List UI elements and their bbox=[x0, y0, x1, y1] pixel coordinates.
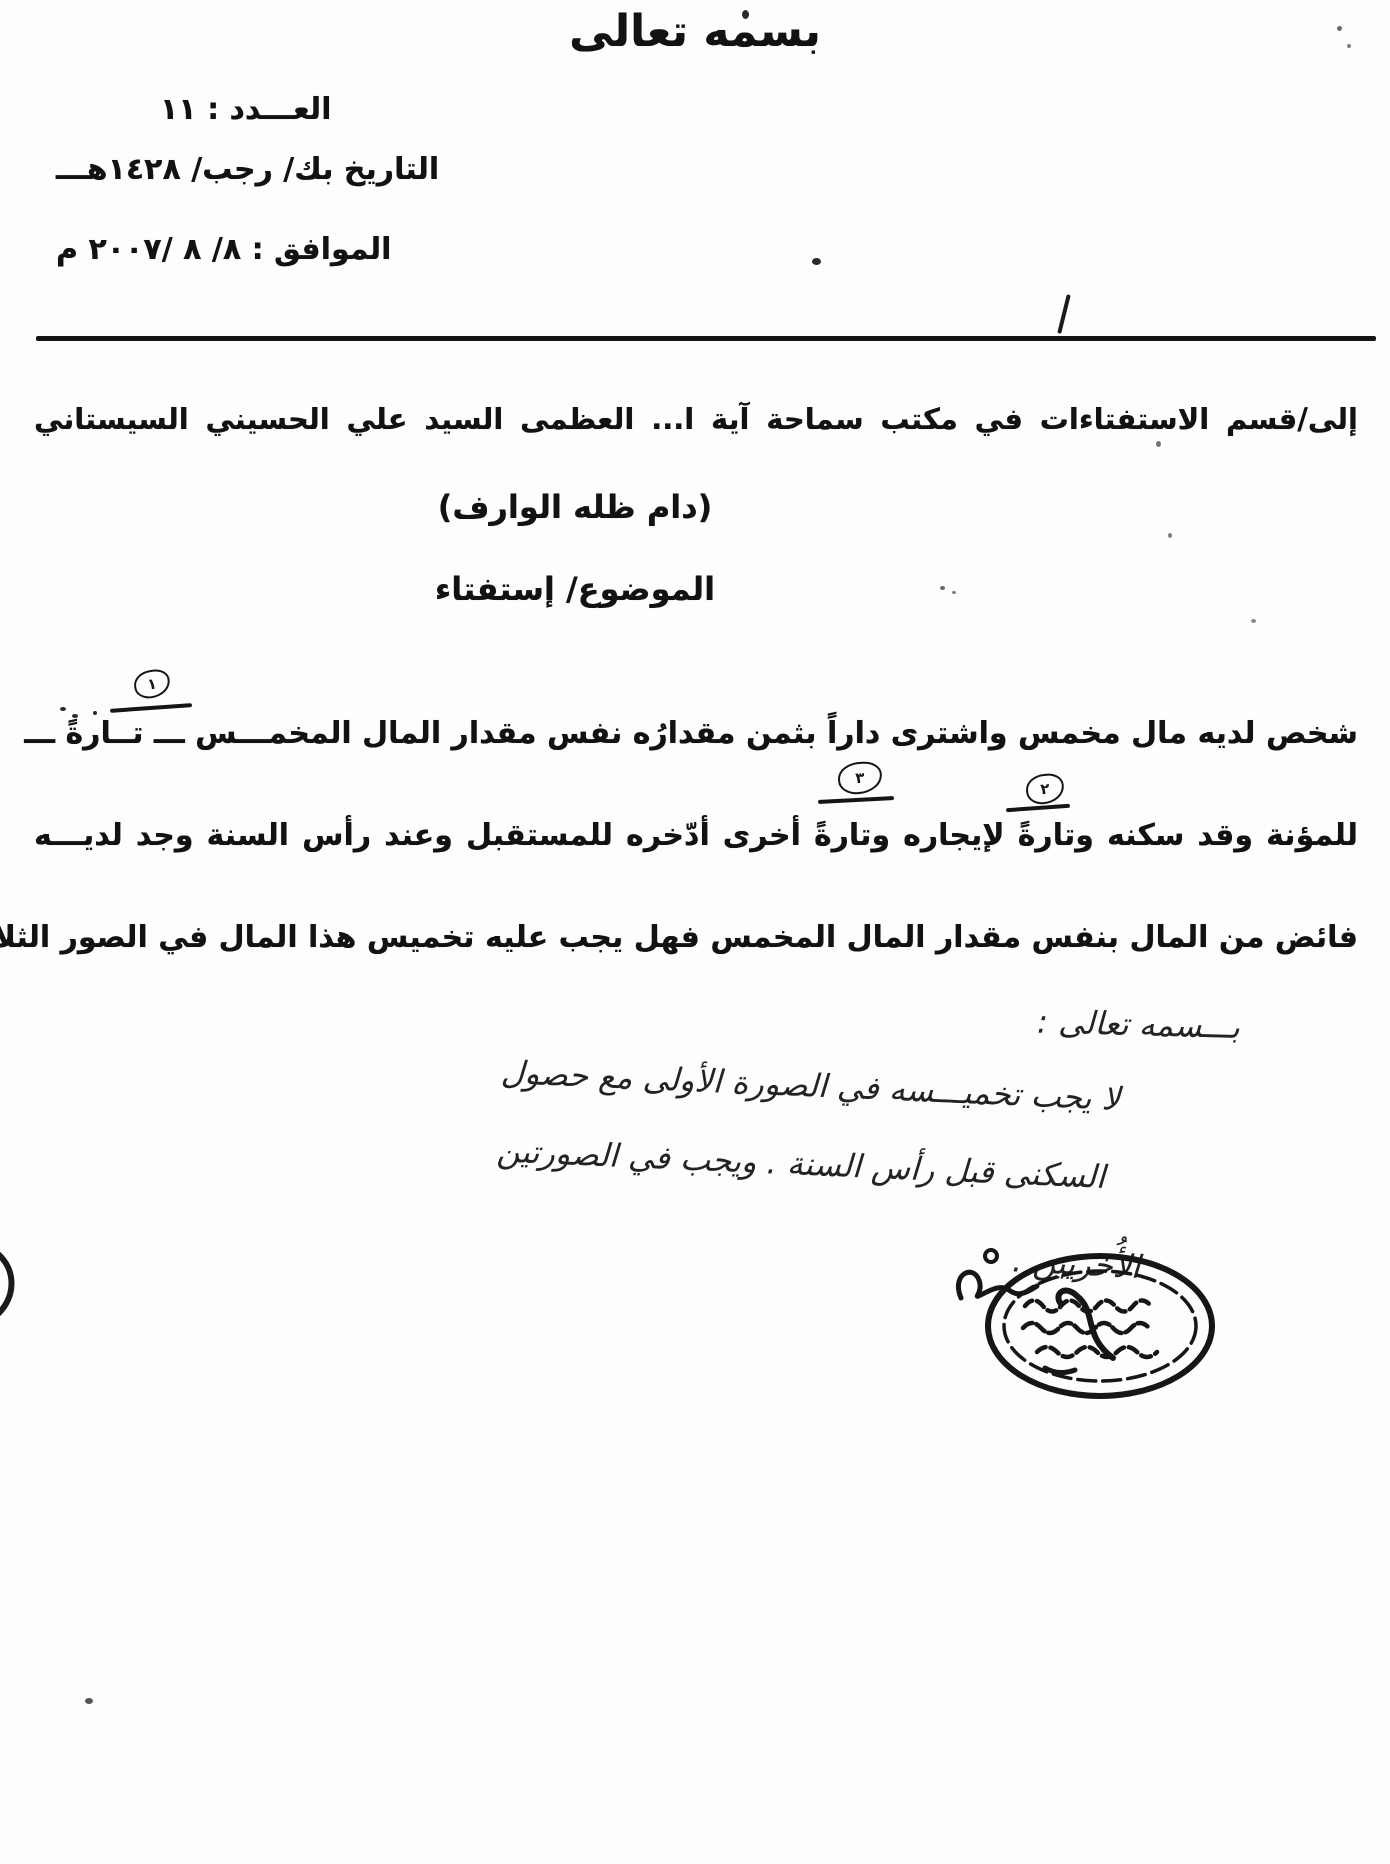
annotation-overline-1 bbox=[110, 703, 192, 712]
basmala-heading: بسمه تعالى bbox=[455, 6, 935, 57]
ink-speck bbox=[952, 591, 956, 594]
left-edge-ink-curve bbox=[0, 1252, 20, 1316]
ink-speck bbox=[60, 707, 66, 711]
annotation-overline-2 bbox=[1006, 804, 1070, 812]
ink-speck bbox=[1156, 441, 1161, 447]
gregorian-date: الموافق : ٨/ ٨ /٢٠٠٧ م bbox=[56, 232, 391, 267]
ink-speck bbox=[1347, 44, 1351, 48]
letter-number: العـــدد : ١١ bbox=[160, 92, 331, 127]
circled-number-2-annotation: ٢ bbox=[1025, 772, 1065, 805]
horizontal-rule bbox=[36, 336, 1376, 341]
subject-line: الموضوع/ إستفتاء bbox=[410, 570, 740, 608]
official-oval-seal bbox=[945, 1240, 1235, 1415]
question-line-3: فائض من المال بنفس مقدار المال المخمس فه… bbox=[34, 920, 1358, 955]
ink-speck bbox=[93, 711, 97, 715]
ink-speck bbox=[72, 714, 78, 718]
signature-loop bbox=[985, 1250, 997, 1262]
ink-flick-mark bbox=[1057, 294, 1071, 334]
circled-number-3-annotation: ٣ bbox=[837, 761, 883, 796]
ink-speck bbox=[940, 586, 945, 590]
annotation-overline-3 bbox=[818, 796, 894, 803]
ink-speck bbox=[1337, 26, 1342, 31]
question-line-1: شخص لديه مال مخمس واشترى داراً بثمن مقدا… bbox=[34, 716, 1358, 751]
ink-speck bbox=[85, 1698, 93, 1704]
answer-line-1: لا يجب تخميـــسه في الصورة الأولى مع حصو… bbox=[520, 1054, 1121, 1118]
seal-text-row-2 bbox=[1023, 1323, 1149, 1333]
hijri-date: التاريخ بك/ رجب/ ١٤٢٨هـــ bbox=[56, 152, 439, 187]
ink-speck bbox=[742, 10, 749, 19]
ink-speck bbox=[1168, 533, 1172, 538]
honorific-line: (دام ظله الوارف) bbox=[410, 488, 740, 526]
ink-speck bbox=[812, 258, 821, 265]
seal-text-row-3 bbox=[1037, 1347, 1157, 1357]
seal-flourish bbox=[1045, 1368, 1075, 1373]
circled-number-1-annotation: ١ bbox=[132, 668, 172, 701]
scanned-istifta-letter: بسمه تعالى العـــدد : ١١ التاريخ بك/ رجب… bbox=[0, 0, 1390, 1864]
addressee-line: إلى/قسم الاستفتاءات في مكتب سماحة آية ا.… bbox=[34, 402, 1358, 436]
answer-line-2: السكنى قبل رأس السنة . ويجب في الصورتين bbox=[495, 1131, 1106, 1196]
ink-speck bbox=[1251, 619, 1256, 623]
question-line-2: للمؤنة وقد سكنه وتارةً لإيجاره وتارةً أخ… bbox=[34, 818, 1358, 853]
answer-basmala: بـــسمه تعالى : bbox=[980, 1001, 1241, 1046]
